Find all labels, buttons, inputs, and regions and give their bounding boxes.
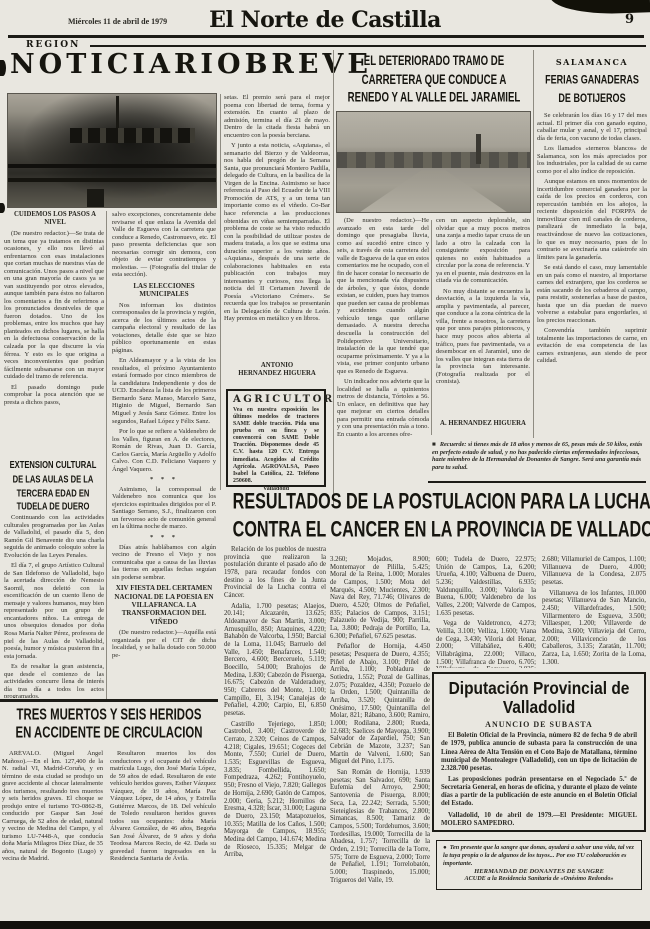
salamanca-title: FERIAS GANADERAS DE BOTIJEROS bbox=[539, 72, 645, 108]
resultados-intro: Relación de los pueblos de nuestra provi… bbox=[224, 546, 326, 600]
tres-muertos-column-2: Resultaron muertos los dos conductores y… bbox=[110, 750, 216, 922]
column-divider bbox=[431, 220, 432, 435]
diputacion-p2: Las proposiciones podrán presentarse en … bbox=[441, 776, 637, 809]
resultados-c4p2: Villanueva de los Infantes, 10.000 peset… bbox=[542, 590, 646, 667]
breve-signature-line1: ANTONIO bbox=[224, 362, 330, 370]
column-divider bbox=[106, 211, 107, 699]
resultados-c3p2: Vega de Valdetronco, 4.273; Velilla, 3.1… bbox=[436, 620, 536, 668]
resultados-column-3: 600; Tudela de Duero, 22.975; Unión de C… bbox=[436, 556, 536, 668]
square-bullet-icon: ■ bbox=[432, 441, 436, 449]
train-wagons bbox=[70, 128, 195, 143]
deteriorado-p4: No muy distante se encuentra la desviaci… bbox=[436, 288, 530, 386]
extension-title: EXTENSION CULTURAL DE LAS AULAS DE LA TE… bbox=[4, 459, 103, 515]
breve-p2: Y junto a esta noticia, «Aquiana», el se… bbox=[224, 142, 330, 323]
pasos-p1: (De nuestro redactor.)—Se trata de un te… bbox=[4, 230, 104, 381]
utility-pole bbox=[476, 134, 481, 164]
scan-artifact-left-1 bbox=[0, 60, 6, 76]
breve-column: setas. El premio será para el mejor poem… bbox=[224, 94, 330, 358]
newspaper-page: Miércoles 11 de abril de 1979 El Norte d… bbox=[0, 0, 650, 929]
resultados-column-2: 3.260; Mojados, 8.900; Montemayor de Pil… bbox=[330, 556, 430, 922]
diputacion-p1: El Boletín Oficial de la Provincia, núme… bbox=[441, 732, 637, 773]
salamanca-column: Se celebrarán los días 16 y 17 del mes a… bbox=[537, 112, 647, 440]
salamanca-p2: Los llamados «terneros blancos» de Salam… bbox=[537, 145, 647, 175]
fiesta-title: XIV FIESTA DEL CERTAMEN NACIONAL DE LA P… bbox=[112, 584, 216, 626]
pasos-column: (De nuestro redactor.)—Se trata de un te… bbox=[4, 230, 104, 456]
col2-p5: Días atrás hablábamos con algún vecino d… bbox=[112, 544, 216, 582]
deteriorado-signature: A. HERNANDEZ HIGUERA bbox=[436, 420, 530, 428]
treeline bbox=[337, 152, 530, 168]
deteriorado-column-2: cen un aspecto deplorable, sin olvidar q… bbox=[436, 217, 530, 417]
recuerde-note: ■ Recuerde: si tienes más de 18 años y m… bbox=[432, 441, 646, 472]
diputacion-announcement: Diputación Provincial de Valladolid ANUN… bbox=[432, 672, 646, 832]
recuerde-text: Recuerde: si tienes más de 18 años y men… bbox=[432, 441, 642, 471]
breve-signature: ANTONIO HERNANDEZ HIGUERA bbox=[224, 362, 330, 379]
hermandad-p2: ACUDE a la Residencia Sanitaria de «Onés… bbox=[443, 875, 635, 882]
deteriorado-p3: cen un aspecto deplorable, sin olvidar q… bbox=[436, 217, 530, 285]
salamanca-p4: Se está dando el caso, muy lamentable en… bbox=[537, 264, 647, 324]
pasos-title: CUIDEMOS LOS PASOS A NIVEL bbox=[4, 211, 106, 227]
hermandad-donantes-box: ● Ten presente que la sangre que donas, … bbox=[436, 840, 642, 890]
deteriorado-column-1: (De nuestro redactor.)—He avanzado en es… bbox=[337, 217, 429, 507]
column-divider bbox=[533, 50, 534, 438]
deteriorado-p2: Un indicador nos advierte que la localid… bbox=[337, 378, 429, 438]
stars-separator: * * * bbox=[112, 476, 216, 484]
fiesta-p: (De nuestro redactor.)—Aquélla está orga… bbox=[112, 629, 216, 659]
column-divider bbox=[333, 50, 334, 505]
tres-muertos-rule bbox=[0, 699, 218, 702]
tres-muertos-headline-line2: EN ACCIDENTE DE CIRCULACION bbox=[5, 723, 212, 741]
anuncio-subasta-title: ANUNCIO DE SUBASTA bbox=[441, 720, 637, 729]
page-number: 9 bbox=[625, 12, 634, 27]
tres-muertos-c2: Resultaron muertos los dos conductores y… bbox=[110, 750, 216, 863]
resultados-c1p2: Castrillo Tejeriego, 1.850; Castrobol, 3… bbox=[224, 721, 326, 859]
roadway bbox=[360, 170, 507, 212]
stars-separator: * * * bbox=[112, 534, 216, 542]
extension-p2: El día 7, el grupo Artístico Cultural de… bbox=[4, 562, 104, 660]
tres-muertos-headline-line1: TRES MUERTOS Y SEIS HERIDOS bbox=[5, 705, 212, 723]
extension-column: Continuando con las actividades cultural… bbox=[4, 514, 104, 698]
agricultor-ad: AGRICULTOR Vea en nuestra exposición los… bbox=[226, 389, 326, 487]
hermandad-org: HERMANDAD DE DONANTES DE SANGRE bbox=[443, 868, 635, 875]
deteriorado-headline: EL DETERIORADO TRAMO DE CARRETERA QUE CO… bbox=[344, 53, 524, 108]
salamanca-p1: Se celebrarán los días 16 y 17 del mes a… bbox=[537, 112, 647, 142]
elecciones-title: LAS ELECCIONES MUNICIPALES bbox=[112, 282, 216, 299]
noticiario-column-2: salvo excepciones, concretamente debe re… bbox=[112, 211, 216, 699]
deteriorado-p1: (De nuestro redactor.)—He avanzado en es… bbox=[337, 217, 429, 375]
diputacion-title-line2: Valladolid bbox=[441, 698, 637, 719]
column-divider bbox=[220, 94, 221, 490]
salamanca-p3: Aunque estamos en unos momentos de incer… bbox=[537, 178, 647, 261]
scan-artifact-left-2 bbox=[0, 203, 5, 213]
resultados-headline-line2: CONTRA EL CANCER EN LA PROVINCIA DE VALL… bbox=[233, 517, 638, 543]
resultados-column-4: 2.680; Villamuriel de Campos, 1.100; Vil… bbox=[542, 556, 646, 668]
header-rule bbox=[8, 35, 644, 38]
resultados-c2p3: San Román de Hornija, 1.939 pesetas; San… bbox=[330, 769, 430, 884]
resultados-c2p1: 3.260; Mojados, 8.900; Montemayor de Pil… bbox=[330, 556, 430, 640]
extension-p3: Es de resaltar la gran asistencia, que d… bbox=[4, 663, 104, 698]
round-bullet-icon: ● bbox=[443, 844, 447, 852]
headline-word-noticiario: NOTICIARIO bbox=[10, 49, 245, 80]
col2-p4: Asimismo, la corresponsal de Valdenebro … bbox=[112, 486, 216, 531]
tres-muertos-column-1: ARÉVALO. (Miguel Ángel Mañoso).—En el km… bbox=[2, 750, 103, 922]
col2-lead: salvo excepciones, concretamente debe re… bbox=[112, 211, 216, 279]
recuerde-rule bbox=[428, 481, 646, 483]
col2-p2: En Aldeamayor y a la vista de los result… bbox=[112, 357, 216, 425]
tres-muertos-c1: ARÉVALO. (Miguel Ángel Mañoso).—En el km… bbox=[2, 750, 103, 863]
diputacion-p3: Valladolid, 10 de abril de 1979.—El Pres… bbox=[441, 812, 637, 828]
col2-p3: Por lo que se refiere a Valdenebro de lo… bbox=[112, 428, 216, 473]
hermandad-p1: Ten presente que la sangre que donas, ay… bbox=[443, 844, 634, 867]
breve-p1: setas. El premio será para el mejor poem… bbox=[224, 94, 330, 139]
train-crossing-photo bbox=[8, 94, 216, 207]
salamanca-place: SALAMANCA bbox=[538, 57, 646, 67]
rail-1 bbox=[8, 164, 216, 168]
extension-p1: Continuando con las actividades cultural… bbox=[4, 514, 104, 559]
resultados-c2p2: Peñaflor de Hornija, 4.450 pesetas; Pesq… bbox=[330, 643, 430, 766]
resultados-headline-line1: RESULTADOS DE LA POSTULACION PARA LA LUC… bbox=[233, 489, 638, 515]
masthead: El Norte de Castilla bbox=[0, 7, 650, 33]
section-rule bbox=[90, 45, 646, 47]
noticiario-breve-headline: NOTICIARIO BREVE bbox=[10, 49, 332, 80]
pasos-p2: El pasado domingo pude comprobar la poca… bbox=[4, 384, 104, 407]
resultados-c3p1: 600; Tudela de Duero, 22.975; Unión de C… bbox=[436, 556, 536, 617]
resultados-column-1: Relación de los pueblos de nuestra provi… bbox=[224, 546, 326, 922]
resultados-c4p1: 2.680; Villamuriel de Campos, 1.100; Vil… bbox=[542, 556, 646, 587]
salamanca-p5: Convendría también suprimir totalmente l… bbox=[537, 327, 647, 365]
crossing-planks bbox=[87, 189, 104, 207]
agricultor-ad-title: AGRICULTOR bbox=[233, 394, 319, 405]
road-photo bbox=[337, 112, 530, 212]
rail-2 bbox=[8, 178, 216, 182]
col2-p1: Nos informan los distintos corresponsale… bbox=[112, 302, 216, 355]
scan-artifact-bottom-bar bbox=[0, 921, 650, 929]
breve-signature-line2: HERNANDEZ HIGUERA bbox=[224, 370, 330, 378]
agricultor-ad-body: Vea en nuestra exposición los últimos mo… bbox=[233, 407, 319, 485]
resultados-c1p1: Adalia, 1.700 pesetas; Alaejos, 20.141; … bbox=[224, 603, 326, 718]
